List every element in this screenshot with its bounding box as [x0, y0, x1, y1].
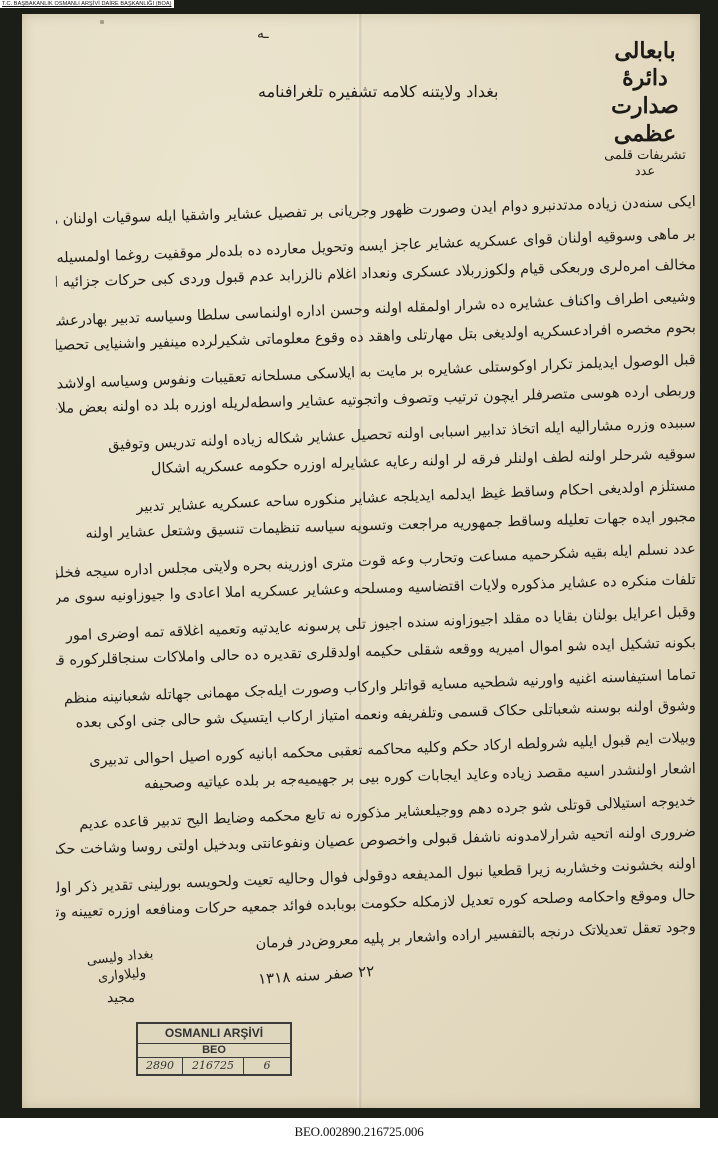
- letterhead-line-2: دائرهٔ صدارت عظمی: [590, 64, 700, 148]
- stamp-page: 6: [244, 1058, 290, 1074]
- letterhead-line-3: تشریفات قلمی: [590, 148, 700, 164]
- letterhead-line-4: عدد: [590, 164, 700, 180]
- document-page: ـه بابعالی دائرهٔ صدارت عظمی تشریفات قلم…: [22, 14, 700, 1108]
- sender-signoff: بغداد ولیسی ولیلاواری مجید: [66, 949, 176, 1011]
- handwritten-body: ایکی سنه‌دن زیاده مدتدنبرو دوام ایدن وصو…: [56, 194, 696, 950]
- letterhead-emblem: بابعالی دائرهٔ صدارت عظمی تشریفات قلمی ع…: [590, 38, 700, 180]
- stamp-dossier: 2890: [138, 1058, 183, 1074]
- page-mark: ـه: [257, 26, 269, 42]
- document-subject: بغداد ولایتنه کلامه تشفیره تلغرافنامه: [258, 82, 498, 101]
- archive-header-label: T.C. BAŞBAKANLIK OSMANLI ARŞİVİ DAİRE BA…: [0, 0, 174, 8]
- stamp-reference-row: 2890 216725 6: [138, 1058, 290, 1074]
- stamp-shirt: 216725: [183, 1058, 244, 1074]
- stamp-title: OSMANLI ARŞİVİ: [138, 1024, 290, 1044]
- letterhead-line-1: بابعالی: [590, 38, 700, 64]
- document-reference-caption: BEO.002890.216725.006: [0, 1124, 718, 1140]
- pin-mark: [100, 20, 104, 24]
- archive-stamp: OSMANLI ARŞİVİ BEO 2890 216725 6: [136, 1022, 292, 1076]
- sender-title: بغداد ولیسی ولیلاواری: [64, 943, 177, 990]
- stamp-collection: BEO: [138, 1044, 290, 1058]
